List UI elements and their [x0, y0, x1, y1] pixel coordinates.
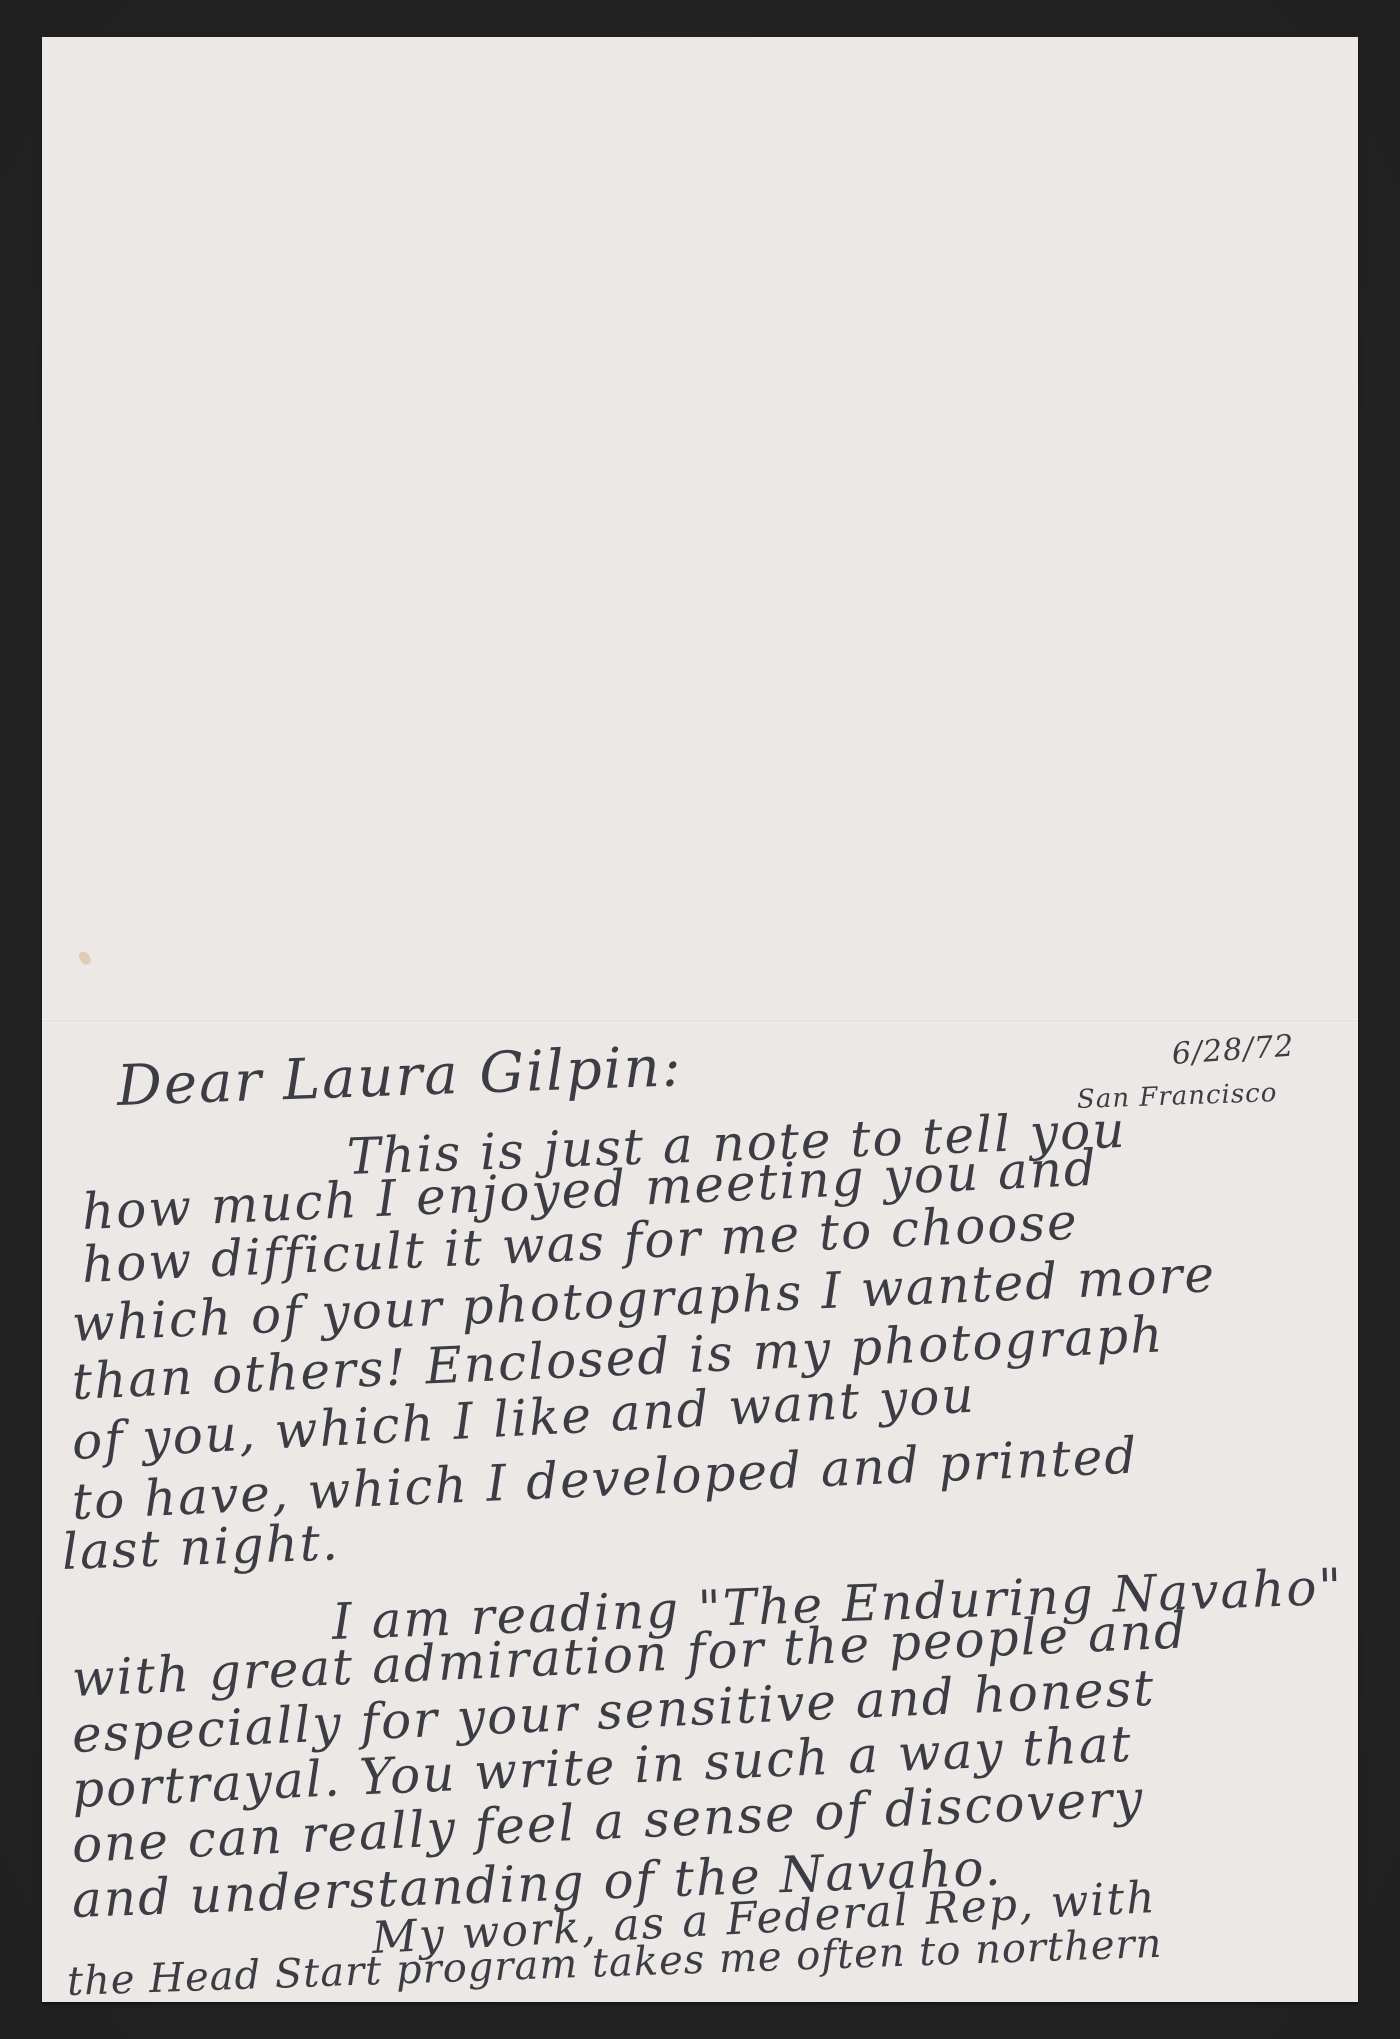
letter-card: 6/28/72 San Francisco Dear Laura Gilpin:…	[42, 37, 1358, 2002]
card-fold-line	[42, 1019, 1358, 1021]
paper-stain	[77, 949, 93, 966]
letter-date: 6/28/72	[1171, 1031, 1295, 1069]
letter-salutation: Dear Laura Gilpin:	[116, 1039, 683, 1115]
letter-line: last night.	[61, 1517, 340, 1577]
